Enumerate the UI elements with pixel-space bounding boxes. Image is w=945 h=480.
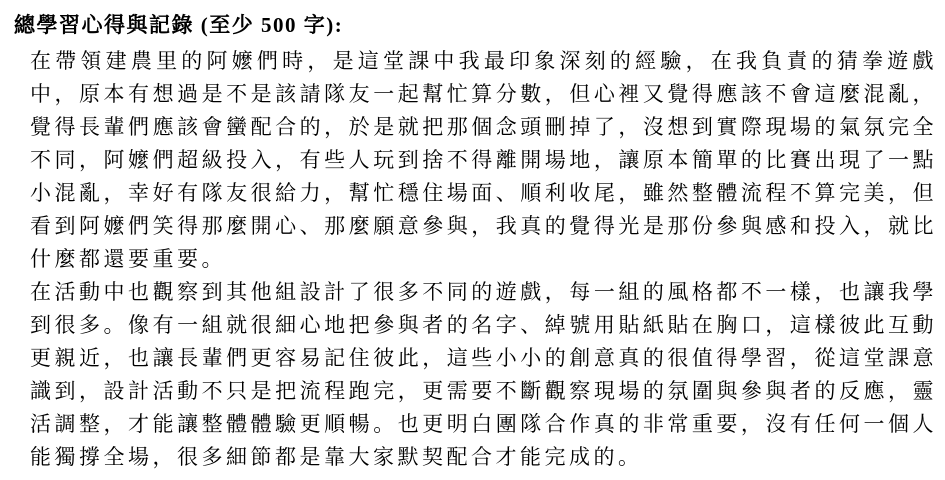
document-body: 在帶領建農里的阿嬤們時，是這堂課中我最印象深刻的經驗，在我負責的猜拳遊戲中，原本… xyxy=(30,45,937,474)
document-page: 總學習心得與記錄 (至少 500 字): 在帶領建農里的阿嬤們時，是這堂課中我最… xyxy=(0,0,945,480)
paragraph: 在帶領建農里的阿嬤們時，是這堂課中我最印象深刻的經驗，在我負責的猜拳遊戲中，原本… xyxy=(30,45,937,276)
paragraph: 在活動中也觀察到其他組設計了很多不同的遊戲，每一組的風格都不一樣，也讓我學到很多… xyxy=(30,276,937,474)
page-title: 總學習心得與記錄 (至少 500 字): xyxy=(14,10,937,40)
